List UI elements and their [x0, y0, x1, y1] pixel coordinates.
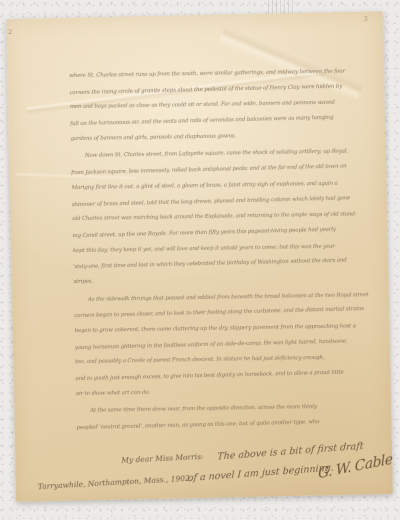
note-message-line2: of a novel I am just beginning. [187, 462, 334, 484]
manuscript-page: 2 2 where St. Charles street runs up fro… [6, 11, 393, 502]
photograph-background: 2 2 where St. Charles street runs up fro… [0, 0, 400, 520]
author-note: My dear Miss Morris: The above is a bit … [6, 11, 393, 502]
note-salutation: My dear Miss Morris: [121, 452, 204, 465]
author-signature: G. W. Cable [318, 451, 393, 482]
note-place-date: Tarryawhile, Northampton, Mass., 1902. [38, 474, 193, 492]
mount-hinge-mark [268, 0, 294, 14]
note-message-line1: The above is a bit of first draft [217, 441, 364, 463]
